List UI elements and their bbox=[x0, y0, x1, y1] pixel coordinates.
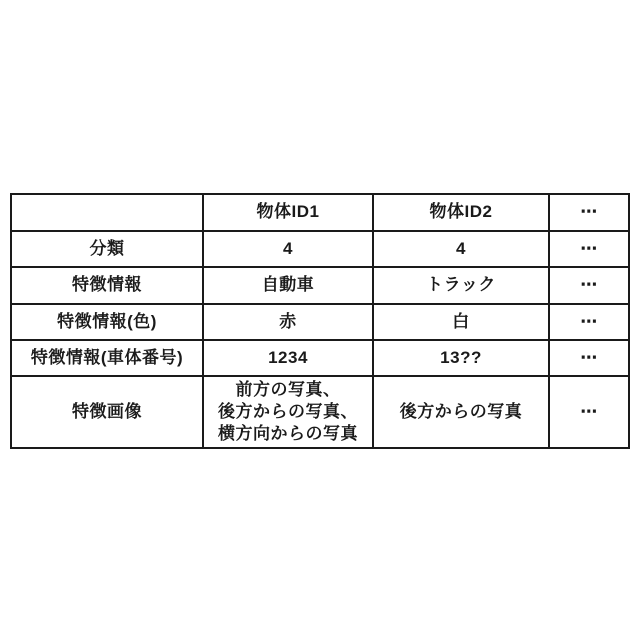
cell-classification-more: ⋯ bbox=[549, 231, 629, 267]
table-row-classification: 分類 4 4 ⋯ bbox=[11, 231, 629, 267]
cell-feature-info-id1: 自動車 bbox=[203, 267, 373, 304]
row-label-feature-info: 特徴情報 bbox=[11, 267, 203, 304]
cell-feature-body-number-more: ⋯ bbox=[549, 340, 629, 376]
cell-feature-body-number-id1: 1234 bbox=[203, 340, 373, 376]
table-row-feature-color: 特徴情報(色) 赤 白 ⋯ bbox=[11, 304, 629, 340]
table-row-feature-images: 特徴画像 前方の写真、 後方からの写真、 横方向からの写真 後方からの写真 ⋯ bbox=[11, 376, 629, 448]
table-row-feature-info: 特徴情報 自動車 トラック ⋯ bbox=[11, 267, 629, 304]
cell-feature-images-id1: 前方の写真、 後方からの写真、 横方向からの写真 bbox=[203, 376, 373, 448]
row-label-feature-images: 特徴画像 bbox=[11, 376, 203, 448]
corner-empty-cell bbox=[11, 194, 203, 231]
column-header-object-id2: 物体ID2 bbox=[373, 194, 549, 231]
column-header-more: ⋯ bbox=[549, 194, 629, 231]
cell-feature-info-id2: トラック bbox=[373, 267, 549, 304]
cell-feature-info-more: ⋯ bbox=[549, 267, 629, 304]
cell-feature-color-id1: 赤 bbox=[203, 304, 373, 340]
document-page: 物体ID1 物体ID2 ⋯ 分類 4 4 ⋯ 特徴情報 自動車 トラック ⋯ 特… bbox=[0, 0, 640, 640]
cell-feature-images-more: ⋯ bbox=[549, 376, 629, 448]
column-header-object-id1: 物体ID1 bbox=[203, 194, 373, 231]
table-row-feature-body-number: 特徴情報(車体番号) 1234 13?? ⋯ bbox=[11, 340, 629, 376]
cell-feature-images-id2: 後方からの写真 bbox=[373, 376, 549, 448]
row-label-feature-color: 特徴情報(色) bbox=[11, 304, 203, 340]
cell-classification-id1: 4 bbox=[203, 231, 373, 267]
cell-feature-body-number-id2: 13?? bbox=[373, 340, 549, 376]
object-feature-table: 物体ID1 物体ID2 ⋯ 分類 4 4 ⋯ 特徴情報 自動車 トラック ⋯ 特… bbox=[10, 193, 630, 449]
cell-classification-id2: 4 bbox=[373, 231, 549, 267]
cell-feature-color-more: ⋯ bbox=[549, 304, 629, 340]
row-label-classification: 分類 bbox=[11, 231, 203, 267]
cell-feature-color-id2: 白 bbox=[373, 304, 549, 340]
row-label-feature-body-number: 特徴情報(車体番号) bbox=[11, 340, 203, 376]
table-header-row: 物体ID1 物体ID2 ⋯ bbox=[11, 194, 629, 231]
